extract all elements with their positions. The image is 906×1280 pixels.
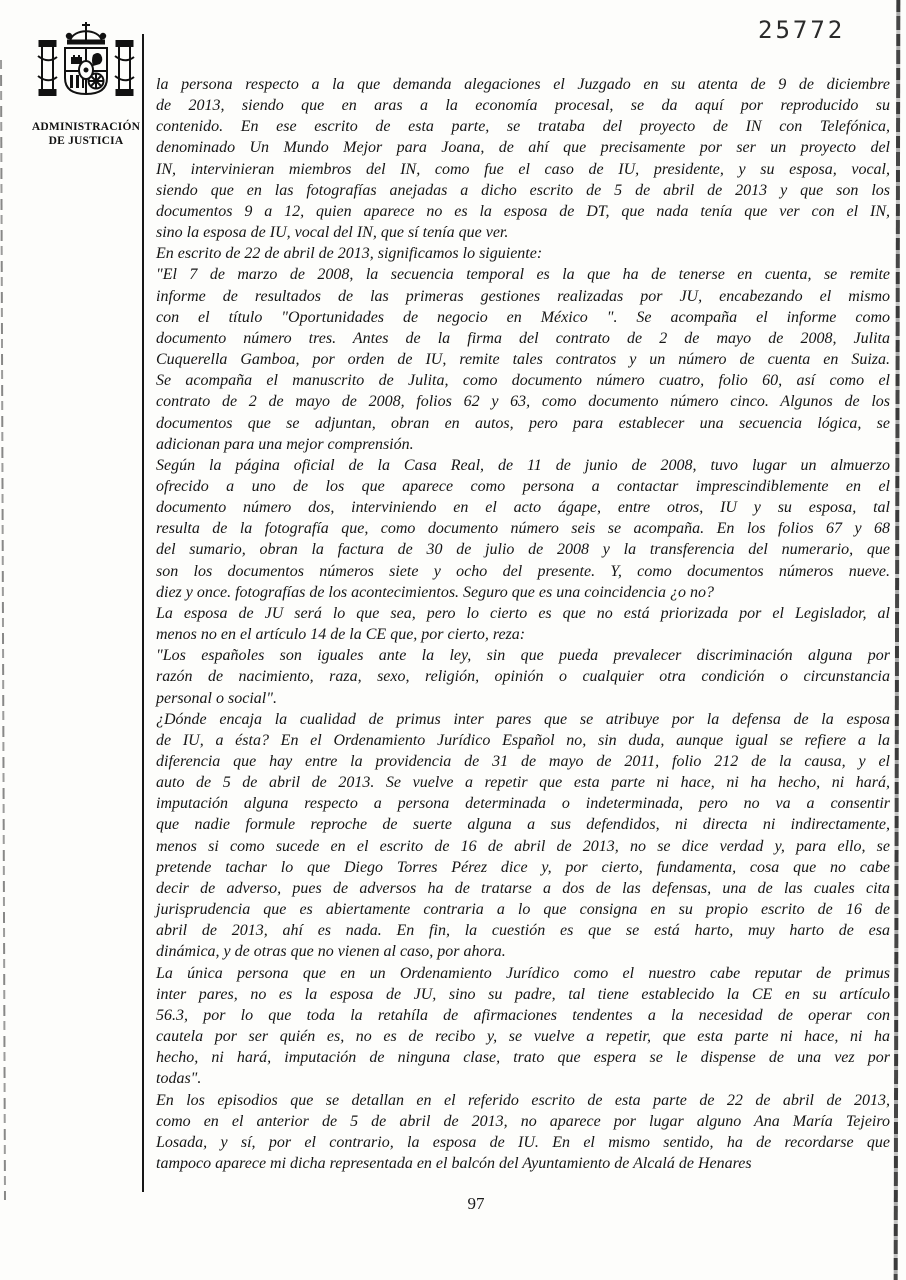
text-line: hecho, ni hará, imputación de ninguna cl… — [156, 1047, 890, 1068]
text-line: diferencia que hay entre la providencia … — [156, 751, 890, 772]
paragraph: "El 7 de marzo de 2008, la secuencia tem… — [156, 264, 890, 454]
paragraph: La esposa de JU será lo que sea, pero lo… — [156, 603, 890, 645]
text-line: de IU, a ésta? En el Ordenamiento Jurídi… — [156, 730, 890, 751]
text-line: Cuquerella Gamboa, por orden de IU, remi… — [156, 349, 890, 370]
text-line: la persona respecto a la que demanda ale… — [156, 74, 890, 95]
text-line: contenido. En ese escrito de esta parte,… — [156, 116, 890, 137]
page-number: 97 — [156, 1194, 796, 1214]
spanish-coat-of-arms-icon — [26, 18, 146, 114]
text-line: pretende tachar lo que Diego Torres Pére… — [156, 857, 890, 878]
institution-name-line2: DE JUSTICIA — [26, 134, 146, 148]
scan-artifact-left-edge — [0, 60, 6, 1200]
text-line: auto de 5 de abril de 2013. Se vuelve a … — [156, 772, 890, 793]
text-line: documentos 9 a 12, quien aparece no es l… — [156, 201, 890, 222]
paragraph: "Los españoles son iguales ante la ley, … — [156, 645, 890, 708]
text-line: contrato de 2 de mayo de 2008, folios 62… — [156, 391, 890, 412]
text-line: La esposa de JU será lo que sea, pero lo… — [156, 603, 890, 624]
text-line: decir de adverso, pues de adversos ha de… — [156, 878, 890, 899]
text-line: "Los españoles son iguales ante la ley, … — [156, 645, 890, 666]
text-line: inter pares, no es la esposa de JU, sino… — [156, 984, 890, 1005]
text-line: que nadie formule reproche de suerte alg… — [156, 814, 890, 835]
text-line: En los episodios que se detallan en el r… — [156, 1090, 890, 1111]
text-line: como en el anterior de 5 de abril de 201… — [156, 1111, 890, 1132]
text-line: abril de 2013, ahí es nada. En fin, la c… — [156, 920, 890, 941]
justice-administration-emblem: ADMINISTRACIÓN DE JUSTICIA — [26, 18, 146, 148]
paragraph: Según la página oficial de la Casa Real,… — [156, 455, 890, 603]
paragraph: ¿Dónde encaja la cualidad de primus inte… — [156, 709, 890, 963]
scanned-page: 25772 — [0, 0, 906, 1280]
text-line: ofrecido a uno de los que aparece como p… — [156, 476, 890, 497]
text-line: todas". — [156, 1068, 890, 1089]
institution-name-line1: ADMINISTRACIÓN — [26, 120, 146, 134]
text-line: de 2013, siendo que en aras a la economí… — [156, 95, 890, 116]
text-line: son los documentos números siete y ocho … — [156, 561, 890, 582]
text-line: Según la página oficial de la Casa Real,… — [156, 455, 890, 476]
text-line: En escrito de 22 de abril de 2013, signi… — [156, 243, 890, 264]
paragraph: En los episodios que se detallan en el r… — [156, 1090, 890, 1175]
text-line: documentos que se adjuntan, obran en aut… — [156, 413, 890, 434]
text-line: menos no en el artículo 14 de la CE que,… — [156, 624, 890, 645]
text-line: imputación alguna respecto a persona det… — [156, 793, 890, 814]
text-line: Se acompaña el manuscrito de Julita, com… — [156, 370, 890, 391]
text-line: jurisprudencia que es abiertamente contr… — [156, 899, 890, 920]
text-line: sino la esposa de IU, vocal del IN, que … — [156, 222, 890, 243]
text-line: resulta de la fotografía que, como docum… — [156, 518, 890, 539]
text-line: denominado Un Mundo Mejor para Joana, de… — [156, 137, 890, 158]
text-line: del sumario, obran la factura de 30 de j… — [156, 539, 890, 560]
text-line: cautela por ser quién es, no es de recib… — [156, 1026, 890, 1047]
paragraph: la persona respecto a la que demanda ale… — [156, 74, 890, 243]
text-line: ¿Dónde encaja la cualidad de primus inte… — [156, 709, 890, 730]
text-line: siendo que en las fotografías anejadas a… — [156, 180, 890, 201]
text-line: personal o social". — [156, 688, 890, 709]
margin-divider-rule — [142, 34, 144, 1192]
text-line: adicionan para una mejor comprensión. — [156, 434, 890, 455]
document-body: la persona respecto a la que demanda ale… — [156, 74, 890, 1174]
text-line: 56.3, por lo que toda la retahíla de afi… — [156, 1005, 890, 1026]
text-line: dinámica, y de otras que no vienen al ca… — [156, 941, 890, 962]
scan-artifact-right-edge — [894, 0, 901, 1280]
text-line: tampoco aparece mi dicha representada en… — [156, 1153, 890, 1174]
text-line: documento número dos, interviniendo en e… — [156, 497, 890, 518]
text-line: Losada, y sí, por el contrario, la espos… — [156, 1132, 890, 1153]
text-line: IN, intervinieran miembros del IN, como … — [156, 159, 890, 180]
document-number-stamp: 25772 — [758, 16, 845, 44]
text-line: documento número tres. Antes de la firma… — [156, 328, 890, 349]
text-line: menos si como sucede en el escrito de 16… — [156, 836, 890, 857]
text-line: con el título "Oportunidades de negocio … — [156, 307, 890, 328]
text-line: La única persona que en un Ordenamiento … — [156, 963, 890, 984]
text-line: informe de resultados de las primeras ge… — [156, 286, 890, 307]
paragraph: La única persona que en un Ordenamiento … — [156, 963, 890, 1090]
paragraph: En escrito de 22 de abril de 2013, signi… — [156, 243, 890, 264]
text-line: "El 7 de marzo de 2008, la secuencia tem… — [156, 264, 890, 285]
text-line: diez y once. fotografías de los aconteci… — [156, 582, 890, 603]
text-line: razón de nacimiento, raza, sexo, religió… — [156, 666, 890, 687]
